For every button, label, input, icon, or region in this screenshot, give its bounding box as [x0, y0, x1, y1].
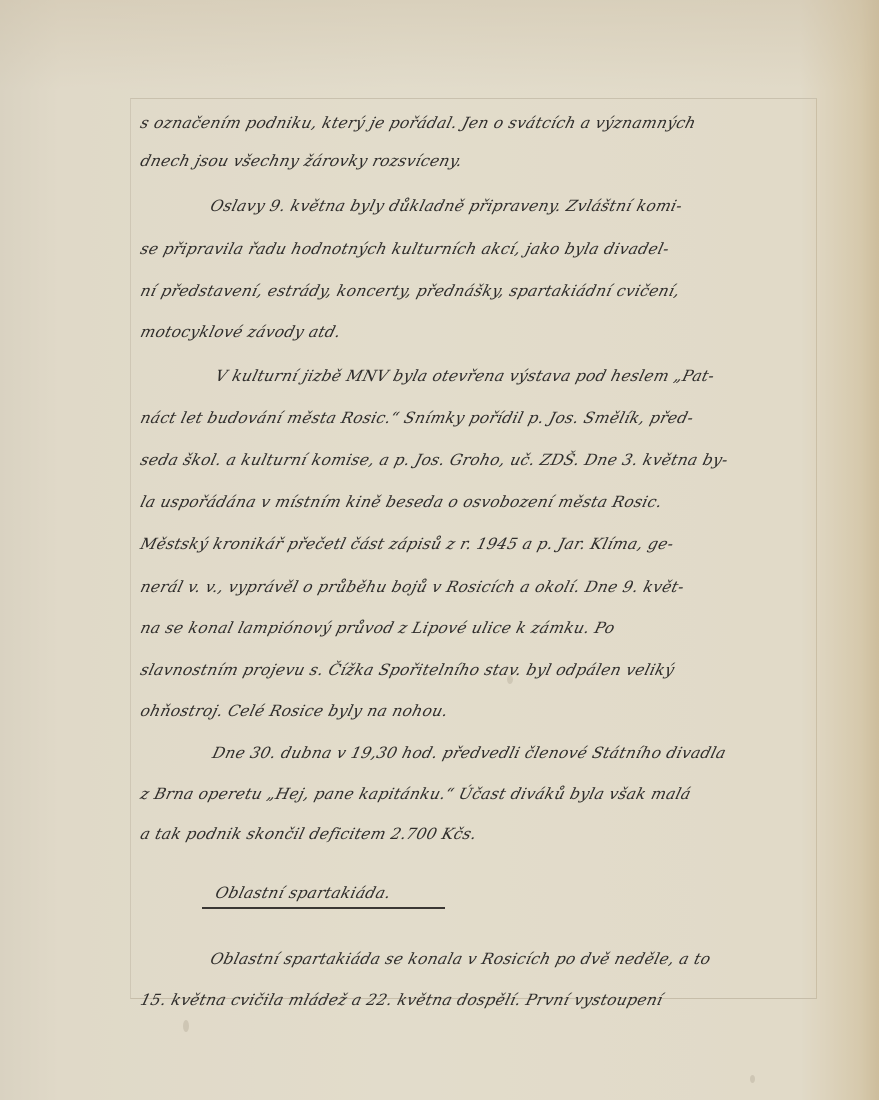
text-line: Dne 30. dubna v 19,30 hod. předvedli čle…: [210, 742, 729, 764]
heading-underline: [202, 907, 445, 909]
section-heading: Oblastní spartakiáda.: [213, 882, 393, 904]
text-line: z Brna operetu „Hej, pane kapitánku.“ Úč…: [138, 783, 693, 805]
text-line: seda škol. a kulturní komise, a p. Jos. …: [138, 449, 731, 471]
text-line: nerál v. v., vyprávěl o průběhu bojů v R…: [138, 576, 687, 598]
text-line: dnech jsou všechny žárovky rozsvíceny.: [138, 150, 465, 172]
text-line: ní představení, estrády, koncerty, předn…: [138, 280, 682, 302]
text-line: la uspořádána v místním kině beseda o os…: [138, 491, 665, 513]
paper-stain: [183, 1020, 189, 1032]
text-line: V kulturní jizbě MNV byla otevřena výsta…: [213, 365, 717, 387]
text-line: Oblastní spartakiáda se konala v Rosicíc…: [208, 948, 713, 970]
text-line: a tak podnik skončil deficitem 2.700 Kčs…: [138, 823, 479, 845]
paper-stain: [750, 1075, 755, 1083]
text-line: 15. května cvičila mládež a 22. května d…: [138, 989, 665, 1011]
text-line: slavnostním projevu s. Čížka Spořitelníh…: [138, 659, 677, 681]
text-line: na se konal lampiónový průvod z Lipové u…: [138, 617, 617, 639]
text-line: motocyklové závody atd.: [138, 321, 343, 343]
text-line: náct let budování města Rosic.“ Snímky p…: [138, 407, 696, 429]
text-line: s označením podniku, který je pořádal. J…: [138, 112, 698, 134]
text-line: Oslavy 9. května byly důkladně připraven…: [208, 195, 685, 217]
text-line: Městský kronikář přečetl část zápisů z r…: [138, 533, 676, 555]
text-line: se připravila řadu hodnotných kulturních…: [138, 238, 672, 260]
text-line: ohňostroj. Celé Rosice byly na nohou.: [138, 700, 451, 722]
paper-shading: [0, 0, 879, 90]
